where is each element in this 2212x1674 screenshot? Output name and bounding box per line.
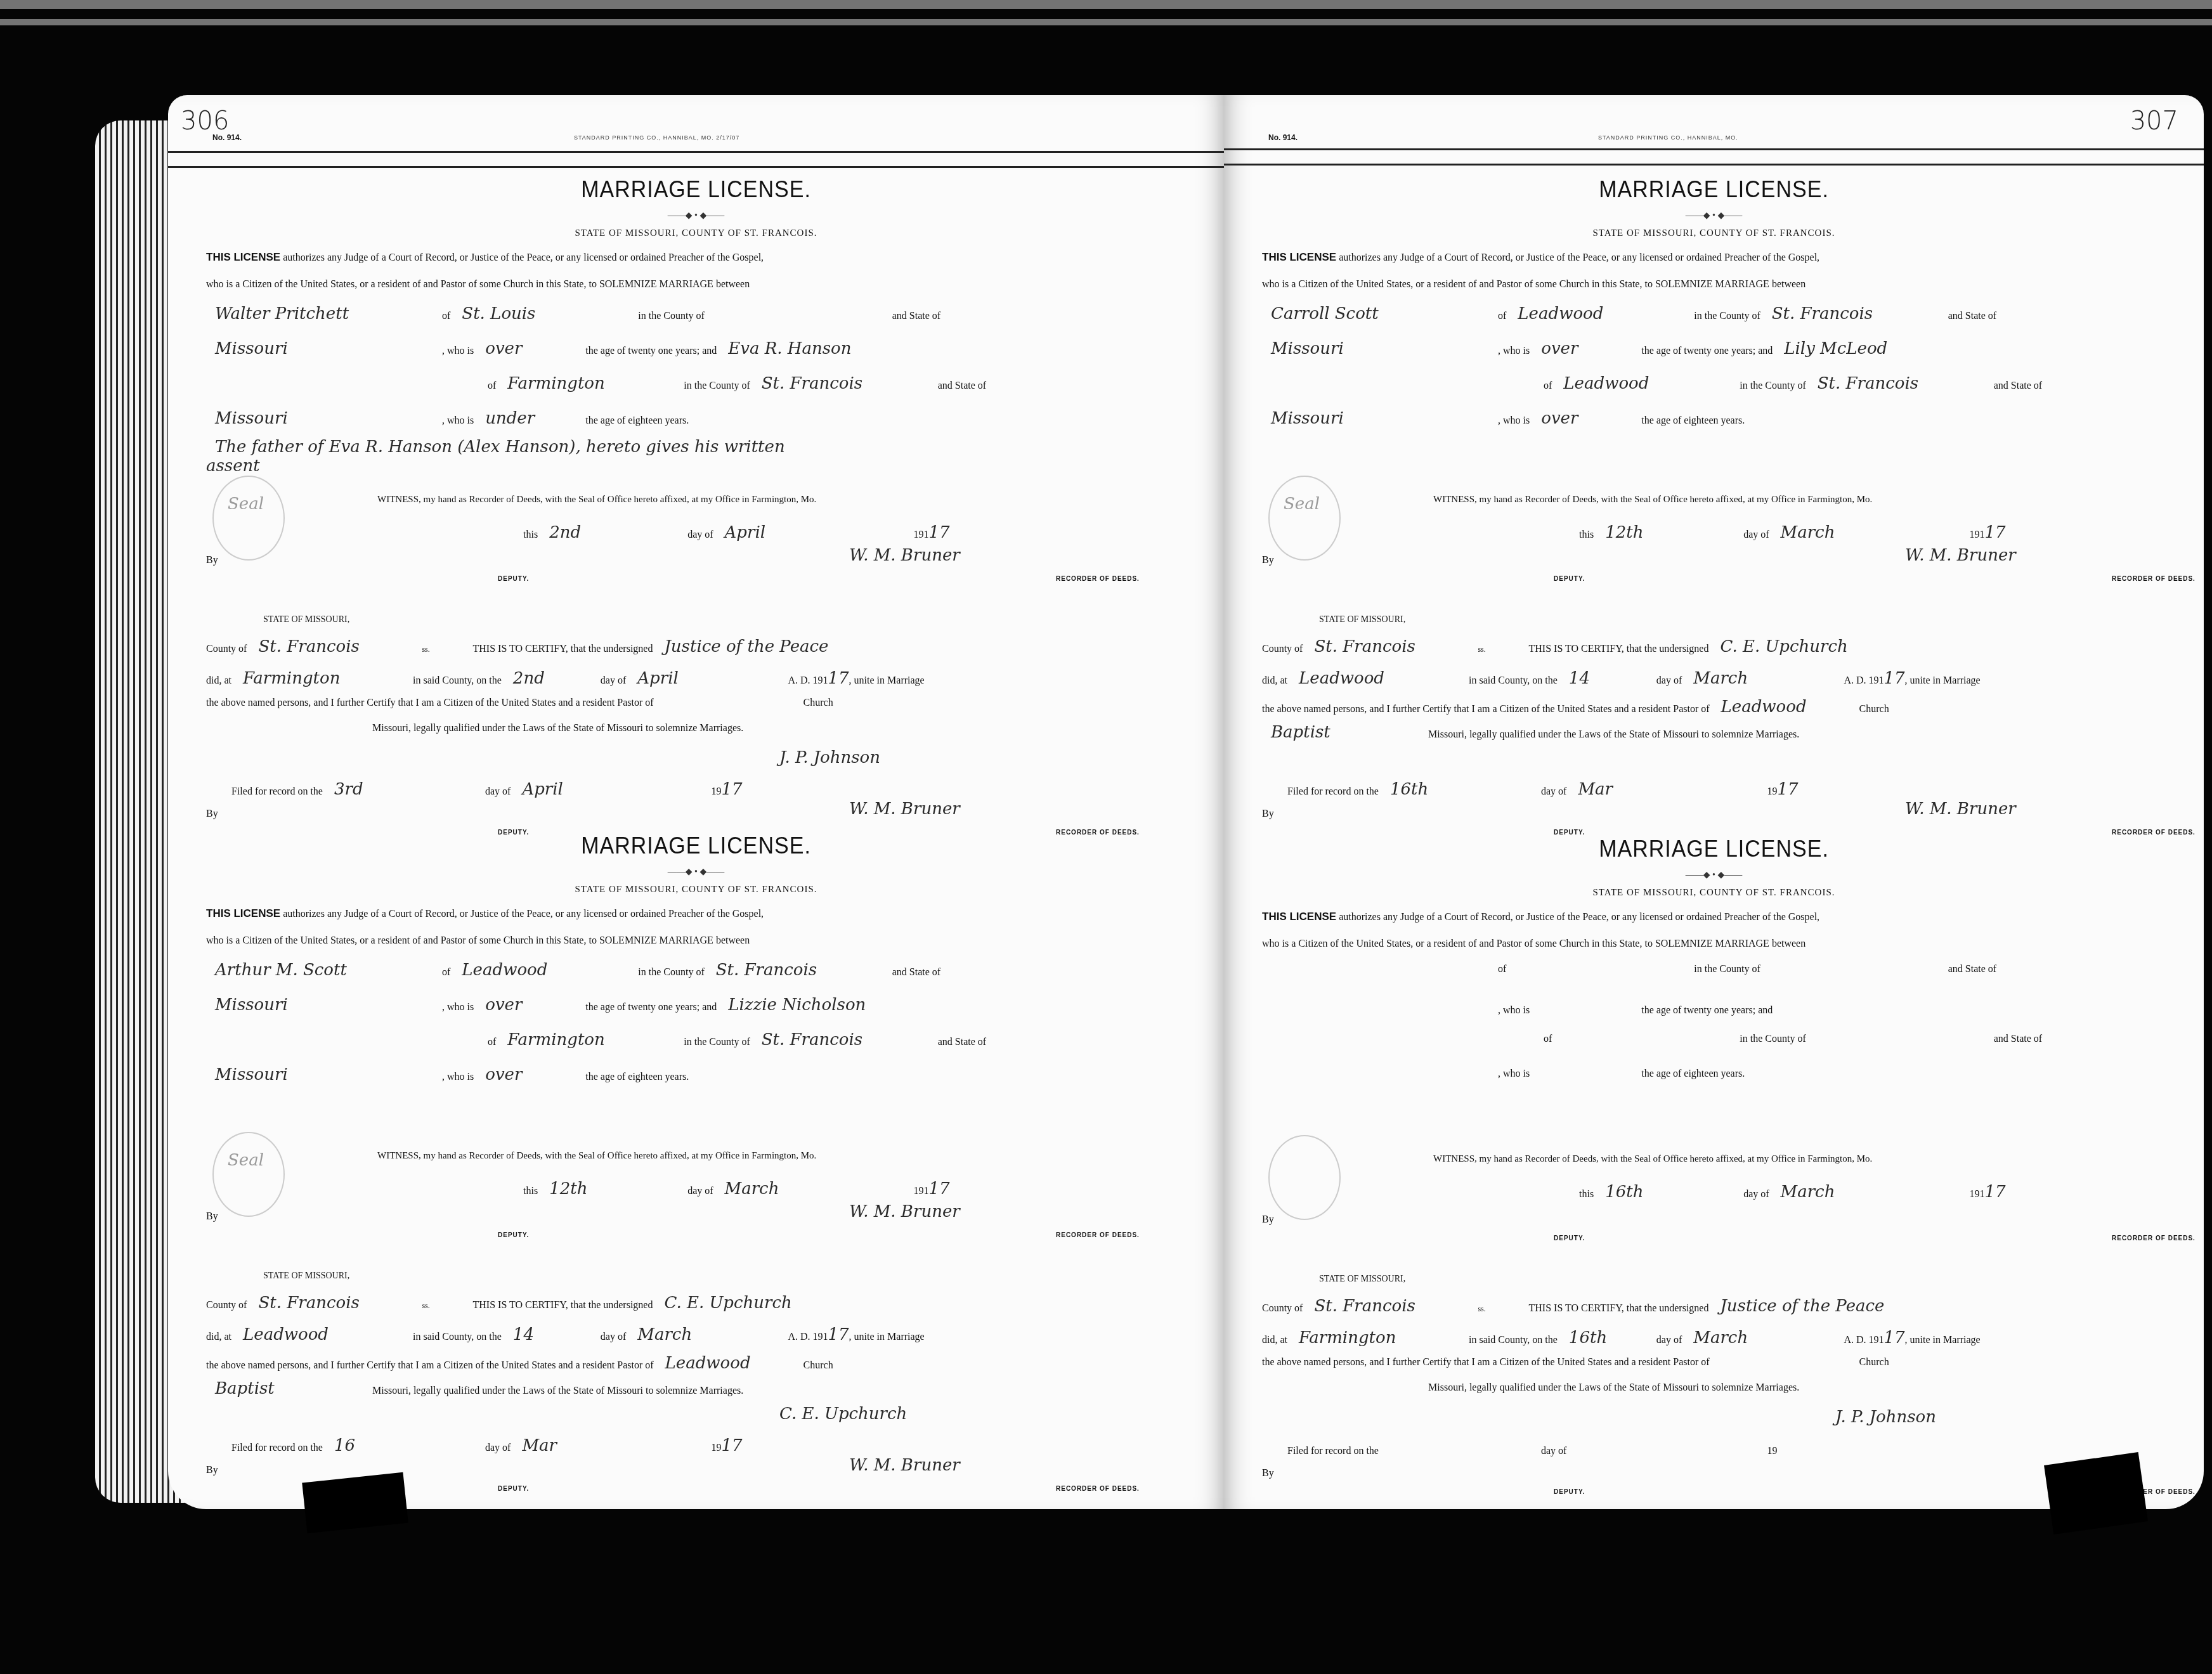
license-clause: THIS LICENSE authorizes any Judge of a C…: [1262, 251, 2185, 264]
cert-county-line: County of St. Francois ss. THIS IS TO CE…: [1262, 1297, 2185, 1316]
form-text: County of: [1262, 644, 1303, 654]
form-text: Filed for record on the: [231, 1443, 323, 1453]
form-text: this: [1579, 529, 1594, 540]
license-clause: who is a Citizen of the United States, o…: [1262, 938, 2185, 950]
form-text: THIS LICENSE: [1262, 251, 1336, 263]
witness-clause: WITNESS, my hand as Recorder of Deeds, w…: [377, 495, 1205, 505]
handwritten-entry: Seal: [1275, 495, 1329, 514]
consent-note: [1262, 438, 1896, 457]
groom-line-2: Missouri , who is over the age of twenty…: [1262, 339, 2185, 358]
groom-line-2: Missouri , who is over the age of twenty…: [206, 339, 1205, 358]
groom-state: Missouri: [206, 996, 439, 1015]
bride-line-2: Missouri , who is under the age of eight…: [206, 409, 1205, 428]
form-text: County of: [206, 644, 247, 654]
license-clause: who is a Citizen of the United States, o…: [206, 935, 1205, 947]
ornament: ——◆ • ◆——: [168, 211, 1224, 221]
deputy-label: DEPUTY.: [498, 576, 529, 583]
bride-residence: Farmington: [498, 1030, 681, 1049]
witness-date: this 12th day of March 19117: [523, 1179, 1205, 1198]
handwritten-entry: St. Francois: [1305, 637, 1475, 656]
form-text: , who is: [1498, 1005, 1530, 1016]
license-title: MARRIAGE LICENSE.: [168, 176, 1224, 204]
deputy-label: DEPUTY.: [498, 1486, 529, 1493]
recorder-signature: W. M. Bruner: [840, 1202, 969, 1221]
handwritten-entry: Mar: [513, 1436, 708, 1455]
form-text: who is a Citizen of the United States, o…: [1262, 938, 1805, 949]
form-text: Church: [1859, 704, 1889, 715]
ornament: ——◆ • ◆——: [168, 867, 1224, 878]
form-text: in the County of: [638, 311, 704, 321]
form-text: THIS LICENSE: [1262, 911, 1336, 923]
groom-line: Carroll Scott of Leadwood in the County …: [1262, 304, 2185, 323]
license-record: MARRIAGE LICENSE. ——◆ • ◆—— STATE OF MIS…: [168, 834, 1224, 1493]
handwritten-entry: March: [1684, 1328, 1842, 1347]
right-page: 307 No. 914. STANDARD PRINTING CO., HANN…: [1224, 95, 2204, 1509]
witness-date: this 2nd day of April 19117: [523, 523, 1205, 542]
cert-qualified-line: Baptist Missouri, legally qualified unde…: [206, 1379, 1205, 1398]
handwritten-entry: March: [628, 1325, 786, 1344]
groom-name: Carroll Scott: [1262, 304, 1495, 323]
form-text: in the County of: [684, 1037, 750, 1048]
form-text: authorizes any Judge of a Court of Recor…: [283, 252, 764, 263]
officiant-name: C. E. Upchurch: [1711, 637, 1856, 656]
form-text: the age of twenty one years; and: [1641, 346, 1773, 356]
consent-note: [206, 1094, 840, 1113]
form-text: Missouri, legally qualified under the La…: [372, 723, 743, 734]
form-text: THIS IS TO CERTIFY, that the undersigned: [473, 1300, 653, 1311]
form-text: the age of eighteen years.: [585, 415, 689, 426]
form-text: day of: [601, 1332, 626, 1342]
form-text: of: [1544, 1034, 1552, 1044]
cert-state: STATE OF MISSOURI,: [263, 1271, 1205, 1281]
form-text: in the County of: [638, 967, 704, 978]
form-text: and State of: [892, 311, 940, 321]
page-clip-left: [302, 1472, 408, 1533]
form-text: Filed for record on the: [231, 786, 323, 797]
form-text: , who is: [1498, 346, 1530, 356]
ornament: ——◆ • ◆——: [1224, 870, 2204, 881]
scan-artifact-band: [0, 19, 2212, 25]
cert-qualified-line: Missouri, legally qualified under the La…: [1262, 1382, 2185, 1394]
groom-line: Arthur M. Scott of Leadwood in the Count…: [206, 961, 1205, 980]
handwritten-entry: C. E. Upchurch: [771, 1405, 916, 1424]
form-text: this: [523, 529, 538, 540]
form-text: By: [1262, 808, 1274, 819]
filed-by-line: By W. M. Bruner: [206, 1465, 1205, 1476]
form-text: ss.: [1478, 1304, 1485, 1313]
form-text: the age of twenty one years; and: [585, 346, 717, 356]
printer-imprint: STANDARD PRINTING CO., HANNIBAL, MO.: [1598, 134, 1738, 141]
form-text: and State of: [1948, 311, 1996, 321]
witness-date: this 16th day of March 19117: [1579, 1183, 2185, 1202]
witness-clause: WITNESS, my hand as Recorder of Deeds, w…: [377, 1151, 1205, 1162]
cert-county-line: County of St. Francois ss. THIS IS TO CE…: [206, 637, 1205, 656]
witness-clause: WITNESS, my hand as Recorder of Deeds, w…: [1433, 495, 2185, 505]
handwritten-entry: Mar: [1569, 780, 1764, 799]
filed-line: Filed for record on the day of 19: [1287, 1439, 2185, 1458]
groom-county: St. Francois: [1763, 304, 1946, 323]
form-text: in said County, on the: [413, 675, 502, 686]
officiant-signature: C. E. Upchurch: [771, 1405, 1205, 1424]
form-text: By: [206, 1211, 218, 1222]
form-text: of: [442, 967, 450, 978]
bride-age-status: over: [476, 1065, 583, 1084]
bride-residence: Leadwood: [1554, 374, 1737, 393]
handwritten-entry: Seal: [219, 495, 273, 514]
handwritten-entry: Baptist: [206, 1379, 370, 1398]
bride-line: of Farmington in the County of St. Franc…: [206, 1030, 1205, 1049]
form-text: ss.: [422, 645, 429, 654]
bride-age-status: under: [476, 409, 583, 428]
form-text: day of: [1656, 1335, 1682, 1346]
form-text: THIS IS TO CERTIFY, that the undersigned: [1529, 644, 1709, 654]
handwritten-entry: St. Francois: [249, 1294, 419, 1313]
handwritten-entry: Leadwood: [234, 1325, 410, 1344]
cert-qualified-line: Baptist Missouri, legally qualified unde…: [1262, 723, 2185, 742]
cert-state: STATE OF MISSOURI,: [263, 615, 1205, 625]
form-text: day of: [1743, 1189, 1769, 1200]
form-text: Missouri, legally qualified under the La…: [1428, 1382, 1799, 1393]
handwritten-entry: 17: [828, 669, 849, 688]
handwritten-entry: [1826, 748, 1844, 767]
form-text: the age of twenty one years; and: [1641, 1005, 1773, 1016]
form-text: THIS IS TO CERTIFY, that the undersigned: [473, 644, 653, 654]
cert-place-line: did, at Farmington in said County, on th…: [206, 669, 1205, 688]
bride-line-2: Missouri , who is over the age of eighte…: [1262, 409, 2185, 428]
form-text: day of: [687, 1186, 713, 1197]
form-text: , who is: [1498, 1068, 1530, 1079]
form-text: the age of twenty one years; and: [585, 1002, 717, 1013]
form-text: and State of: [892, 967, 940, 978]
form-text: and State of: [1994, 380, 2042, 391]
form-text: of: [488, 1037, 496, 1048]
form-text: the age of eighteen years.: [1641, 415, 1745, 426]
bride-county: St. Francois: [1809, 374, 1991, 393]
recorder-label: RECORDER OF DEEDS.: [1056, 1486, 1140, 1493]
handwritten-entry: March: [1772, 1183, 1967, 1202]
page-number-right: 307: [2130, 107, 2178, 136]
license-record: MARRIAGE LICENSE. ——◆ • ◆—— STATE OF MIS…: [1224, 178, 2204, 837]
bride-state: Missouri: [206, 1065, 439, 1084]
form-text: day of: [1743, 529, 1769, 540]
license-record: MARRIAGE LICENSE. ——◆ • ◆—— STATE OF MIS…: [1224, 837, 2204, 1496]
form-text: , unite in Marriage: [1905, 1335, 1981, 1346]
filed-by-line: By W. M. Bruner: [206, 808, 1205, 820]
witness-date: this 12th day of March 19117: [1579, 523, 2185, 542]
handwritten-entry: 16th: [1596, 1183, 1741, 1202]
form-text: THIS IS TO CERTIFY, that the undersigned: [1529, 1303, 1709, 1314]
handwritten-entry: Farmington: [1290, 1328, 1466, 1347]
form-text: of: [488, 380, 496, 391]
form-text: , who is: [442, 346, 474, 356]
form-text: the age of eighteen years.: [1641, 1068, 1745, 1079]
left-page: 306 No. 914. STANDARD PRINTING CO., HANN…: [168, 95, 1224, 1509]
deputy-label: DEPUTY.: [1554, 1489, 1585, 1496]
license-record: MARRIAGE LICENSE. ——◆ • ◆—— STATE OF MIS…: [168, 178, 1224, 837]
form-text: and State of: [1948, 964, 1996, 975]
form-text: 19: [711, 1443, 721, 1453]
handwritten-entry: 12th: [540, 1179, 685, 1198]
handwritten-entry: St. Francois: [249, 637, 419, 656]
recorder-label: RECORDER OF DEEDS.: [1056, 1232, 1140, 1239]
handwritten-entry: Seal: [219, 1151, 273, 1170]
form-text: the above named persons, and I further C…: [206, 1360, 654, 1371]
license-subtitle: STATE OF MISSOURI, COUNTY OF ST. FRANCOI…: [168, 228, 1224, 239]
consent-note: [1262, 1097, 1896, 1116]
recorder-line: By: [1262, 1214, 2185, 1226]
license-subtitle: STATE OF MISSOURI, COUNTY OF ST. FRANCOI…: [1224, 888, 2204, 899]
bride-state: Missouri: [1262, 409, 1495, 428]
form-text: , who is: [1498, 415, 1530, 426]
groom-state: Missouri: [206, 339, 439, 358]
handwritten-entry: March: [1684, 669, 1842, 688]
recorder-signature: W. M. Bruner: [1896, 546, 2025, 565]
recorder-signature: W. M. Bruner: [840, 546, 969, 565]
form-text: 191: [914, 1186, 929, 1197]
handwritten-entry: St. Francois: [1305, 1297, 1475, 1316]
form-text: day of: [1541, 786, 1566, 797]
officiant-name: Justice of the Peace: [1711, 1297, 1893, 1316]
form-text: , unite in Marriage: [1905, 675, 1981, 686]
handwritten-entry: 14: [1560, 669, 1654, 688]
filed-recorder-signature: W. M. Bruner: [840, 1456, 969, 1475]
office-seal: [1268, 1135, 1341, 1220]
officiant-signature: J. P. Johnson: [771, 748, 1205, 767]
handwritten-entry: 17: [1884, 1328, 1905, 1347]
handwritten-entry: [1262, 1097, 1280, 1116]
groom-age-status: over: [476, 339, 583, 358]
form-text: the above named persons, and I further C…: [1262, 1357, 1710, 1368]
form-text: and State of: [938, 1037, 986, 1048]
header-rule: [168, 151, 1224, 153]
handwritten-entry: 17: [1884, 669, 1905, 688]
handwritten-entry: [1275, 1154, 1292, 1173]
license-subtitle: STATE OF MISSOURI, COUNTY OF ST. FRANCOI…: [1224, 228, 2204, 239]
form-text: in the County of: [1740, 1034, 1805, 1044]
form-text: of: [442, 311, 450, 321]
form-text: , who is: [442, 415, 474, 426]
form-text: day of: [485, 1443, 511, 1453]
cert-state: STATE OF MISSOURI,: [1319, 615, 2185, 625]
form-text: in the County of: [1694, 964, 1760, 975]
recorder-line: By W. M. Bruner: [206, 1211, 1205, 1223]
recorder-label: RECORDER OF DEEDS.: [2112, 1235, 2196, 1242]
handwritten-entry: J. P. Johnson: [771, 748, 889, 767]
handwritten-entry: Leadwood: [1712, 697, 1857, 717]
bride-name: [1773, 999, 1790, 1018]
filed-recorder-signature: W. M. Bruner: [1896, 800, 2025, 819]
form-number: No. 914.: [1268, 133, 1298, 142]
form-text: , unite in Marriage: [849, 1332, 925, 1342]
form-text: day of: [687, 529, 713, 540]
form-text: did, at: [1262, 1335, 1287, 1346]
header-rule: [1224, 164, 2204, 165]
form-text: 19: [1767, 786, 1777, 797]
groom-state: Missouri: [1262, 339, 1495, 358]
groom-line-2: , who is the age of twenty one years; an…: [1262, 999, 2185, 1018]
license-clause: THIS LICENSE authorizes any Judge of a C…: [206, 251, 1205, 264]
handwritten-entry: 17: [929, 523, 950, 542]
handwritten-entry: [1262, 438, 1280, 457]
form-text: Missouri, legally qualified under the La…: [372, 1385, 743, 1396]
form-text: authorizes any Judge of a Court of Recor…: [1339, 252, 1819, 263]
handwritten-entry: 17: [1985, 1183, 2006, 1202]
form-text: By: [1262, 1214, 1274, 1225]
cert-pastor-line: the above named persons, and I further C…: [206, 697, 1205, 709]
form-text: , who is: [442, 1002, 474, 1013]
bride-line-2: , who is the age of eighteen years.: [1262, 1068, 2185, 1080]
cert-pastor-line: the above named persons, and I further C…: [1262, 697, 2185, 717]
handwritten-entry: [206, 1094, 224, 1113]
handwritten-entry: 17: [929, 1179, 950, 1198]
deputy-label: DEPUTY.: [498, 1232, 529, 1239]
officiant-name: C. E. Upchurch: [655, 1294, 800, 1313]
handwritten-entry: March: [716, 1179, 911, 1198]
form-text: of: [1498, 964, 1506, 975]
cert-pastor-line: the above named persons, and I further C…: [1262, 1357, 2185, 1368]
consent-note: The father of Eva R. Hanson (Alex Hanson…: [206, 438, 840, 476]
scan-artifact-band: [0, 0, 2212, 9]
handwritten-entry: Baptist: [1262, 723, 1426, 742]
handwritten-entry: 17: [1985, 523, 2006, 542]
form-text: day of: [485, 786, 511, 797]
license-subtitle: STATE OF MISSOURI, COUNTY OF ST. FRANCOI…: [168, 885, 1224, 895]
filed-line: Filed for record on the 16th day of Mar …: [1287, 780, 2185, 799]
groom-age-status: over: [1532, 339, 1639, 358]
form-text: in the County of: [1740, 380, 1805, 391]
handwritten-entry: 17: [721, 1436, 742, 1455]
bride-county: St. Francois: [753, 1030, 935, 1049]
form-text: By: [1262, 1468, 1274, 1479]
groom-residence: Leadwood: [453, 961, 635, 980]
form-text: in the County of: [684, 380, 750, 391]
license-clause: who is a Citizen of the United States, o…: [206, 279, 1205, 290]
filed-by-line: By W. M. Bruner: [1262, 808, 2185, 820]
cert-state: STATE OF MISSOURI,: [1319, 1275, 2185, 1285]
form-text: 191: [1970, 529, 1985, 540]
form-text: authorizes any Judge of a Court of Recor…: [283, 909, 764, 919]
groom-name: Arthur M. Scott: [206, 961, 439, 980]
license-title: MARRIAGE LICENSE.: [168, 833, 1224, 860]
form-text: 19: [711, 786, 721, 797]
form-text: the above named persons, and I further C…: [1262, 704, 1710, 715]
handwritten-entry: 16th: [1560, 1328, 1654, 1347]
form-text: did, at: [206, 1332, 231, 1342]
form-text: By: [1262, 555, 1274, 566]
bride-name: Lizzie Nicholson: [719, 996, 875, 1015]
form-text: authorizes any Judge of a Court of Recor…: [1339, 912, 1819, 923]
handwritten-entry: 16: [325, 1436, 483, 1455]
form-text: and State of: [1994, 1034, 2042, 1044]
form-text: County of: [1262, 1303, 1303, 1314]
officiant-signature: J. P. Johnson: [1826, 1408, 2185, 1427]
handwritten-entry: J. P. Johnson: [1826, 1408, 1945, 1427]
printer-imprint: STANDARD PRINTING CO., HANNIBAL, MO. 2/1…: [574, 134, 739, 141]
form-text: A. D. 191: [1844, 1335, 1883, 1346]
ornament: ——◆ • ◆——: [1224, 211, 2204, 221]
header-rule: [168, 166, 1224, 168]
handwritten-entry: Leadwood: [656, 1354, 801, 1373]
license-title: MARRIAGE LICENSE.: [1224, 836, 2204, 863]
bride-county: St. Francois: [753, 374, 935, 393]
form-text: did, at: [1262, 675, 1287, 686]
groom-residence: Leadwood: [1509, 304, 1691, 323]
handwritten-entry: 17: [1777, 780, 1798, 799]
form-text: County of: [206, 1300, 247, 1311]
groom-county: St. Francois: [707, 961, 890, 980]
handwritten-entry: Leadwood: [1290, 669, 1466, 688]
groom-age-status: over: [476, 996, 583, 1015]
handwritten-entry: April: [628, 669, 786, 688]
license-clause: THIS LICENSE authorizes any Judge of a C…: [206, 907, 1205, 920]
cert-qualified-line: Missouri, legally qualified under the La…: [206, 723, 1205, 734]
form-text: Filed for record on the: [1287, 786, 1379, 797]
filed-line: Filed for record on the 3rd day of April…: [231, 780, 1205, 799]
form-text: 191: [914, 529, 929, 540]
bride-line: of in the County of and State of: [1262, 1034, 2185, 1045]
form-text: Church: [803, 697, 833, 708]
recorder-label: RECORDER OF DEEDS.: [1056, 576, 1140, 583]
form-number: No. 914.: [212, 133, 242, 142]
form-text: By: [206, 808, 218, 819]
form-text: A. D. 191: [788, 1332, 828, 1342]
groom-line: Walter Pritchett of St. Louis in the Cou…: [206, 304, 1205, 323]
bride-name: Lily McLeod: [1775, 339, 1896, 358]
cert-pastor-line: the above named persons, and I further C…: [206, 1354, 1205, 1373]
license-clause: who is a Citizen of the United States, o…: [1262, 279, 2185, 290]
bride-name: Eva R. Hanson: [719, 339, 860, 358]
form-text: the above named persons, and I further C…: [206, 697, 654, 708]
office-seal: [212, 1132, 285, 1217]
form-text: day of: [1541, 1446, 1566, 1457]
register-book: 306 No. 914. STANDARD PRINTING CO., HANN…: [95, 95, 2124, 1528]
bride-age-status: over: [1532, 409, 1639, 428]
form-text: who is a Citizen of the United States, o…: [1262, 279, 1805, 290]
recorder-line: By W. M. Bruner: [1262, 555, 2185, 566]
form-text: A. D. 191: [788, 675, 828, 686]
filed-recorder-signature: W. M. Bruner: [840, 800, 969, 819]
form-text: who is a Citizen of the United States, o…: [206, 935, 750, 946]
form-text: day of: [1656, 675, 1682, 686]
license-clause: THIS LICENSE authorizes any Judge of a C…: [1262, 911, 2185, 923]
officiant-signature: [1826, 748, 2185, 767]
form-text: ss.: [1478, 645, 1485, 654]
handwritten-entry: 16th: [1381, 780, 1539, 799]
bride-line: of Farmington in the County of St. Franc…: [206, 374, 1205, 393]
page-number-left: 306: [181, 107, 229, 136]
form-text: ss.: [422, 1301, 429, 1310]
office-seal: [212, 476, 285, 561]
cert-county-line: County of St. Francois ss. THIS IS TO CE…: [206, 1294, 1205, 1313]
groom-line: of in the County of and State of: [1262, 964, 2185, 975]
form-text: By: [206, 1465, 218, 1476]
deputy-label: DEPUTY.: [1554, 1235, 1585, 1242]
form-text: 19: [1767, 1446, 1777, 1457]
form-text: the age of eighteen years.: [585, 1072, 689, 1082]
form-text: Filed for record on the: [1287, 1446, 1379, 1457]
header-rule: [1224, 148, 2204, 150]
form-text: By: [206, 555, 218, 566]
handwritten-entry: April: [513, 780, 708, 799]
cert-place-line: did, at Farmington in said County, on th…: [1262, 1328, 2185, 1347]
handwritten-entry: 2nd: [540, 523, 685, 542]
handwritten-entry: 17: [828, 1325, 849, 1344]
form-text: this: [1579, 1189, 1594, 1200]
bride-line: of Leadwood in the County of St. Francoi…: [1262, 374, 2185, 393]
cert-place-line: did, at Leadwood in said County, on the …: [1262, 669, 2185, 688]
handwritten-entry: 17: [721, 780, 742, 799]
form-text: who is a Citizen of the United States, o…: [206, 279, 750, 290]
